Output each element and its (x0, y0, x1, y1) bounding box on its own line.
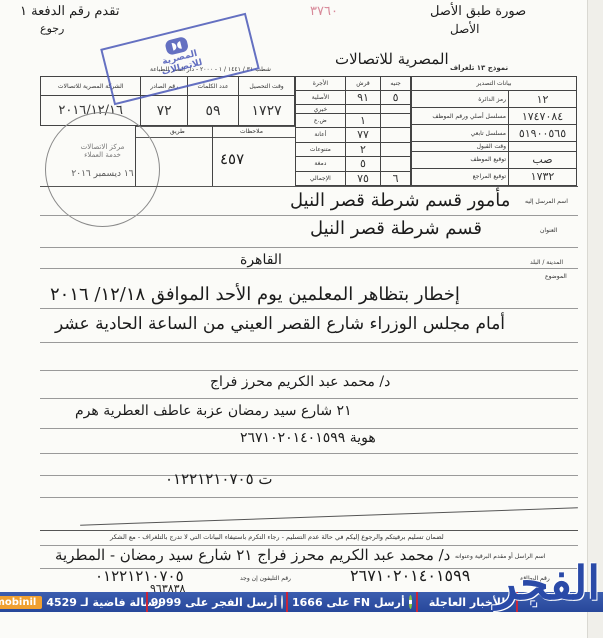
fee-qirsh: ٢ (345, 142, 380, 156)
sender-value: د/ محمد عبد الكريم محرز فراج ٢١ شارع سيد… (55, 546, 450, 564)
ruled-line (40, 398, 578, 399)
col-header-time: وقت التحصيل (239, 77, 295, 96)
fee-qirsh: ١ (345, 113, 380, 127)
fee-qirsh (345, 105, 380, 113)
export-label: توقيع الموظف (412, 151, 509, 168)
divider (212, 126, 213, 186)
phone-label: رقم التليفون إن وجد (240, 575, 291, 582)
banner-text: أرسل الفجر على 9999 (151, 596, 278, 609)
divider (40, 268, 578, 269)
fee-pound (381, 105, 411, 113)
export-table: بيانات التصدير ١٢رمز الدائرة ١٧٤٧٠٨٤مسلس… (411, 76, 577, 186)
fees-header-pound: جنيه (381, 77, 411, 91)
round-stamp-line1: مركز الاتصالات (46, 143, 159, 151)
export-label: رمز الدائرة (412, 91, 509, 108)
fees-header-fee: الأجرة (296, 77, 346, 91)
export-value: ١٧٤٧٠٨٤ (509, 108, 577, 125)
alfagr-logo: الفجر (538, 548, 600, 618)
body-line-7: ت ٠١٢٢١٢١٠٧٠٥ (165, 470, 273, 488)
divider (40, 186, 578, 187)
export-label: توقيع المراجع (412, 168, 509, 185)
top-right-note-2: الأصل (450, 22, 479, 36)
round-stamp-line2: خدمة العملاء (46, 151, 159, 159)
city-value: القاهرة (240, 252, 282, 268)
divider (135, 126, 295, 127)
notes-value: ٤٥٧ (220, 150, 244, 168)
route-label: طريق (170, 128, 185, 135)
recipient-name-label: اسم المرسل إليه (525, 198, 568, 205)
banner-segment-etisalat: أرسل FN على 1666 (286, 592, 416, 612)
divider (40, 247, 578, 248)
banner-text: أرسل FN على 1666 (292, 596, 405, 609)
fee-pound (381, 113, 411, 127)
city-label: المدينة / البلد (530, 259, 563, 266)
body-line-5: ٢١ شارع سيد رمضان عزبة عاطف العطرية هرم (75, 403, 352, 419)
fee-pound: ٥ (381, 91, 411, 105)
outgoing-number-value: ٧٢ (141, 96, 188, 126)
ruled-line (40, 475, 578, 476)
ruled-line (40, 370, 578, 371)
banner-text: رسالة فاضية لـ 4529 (46, 596, 161, 609)
fee-qirsh: ٥ (345, 157, 380, 171)
top-left-note-1: تقدم رقم الدفعة ١ (20, 4, 119, 19)
body-line-4: د/ محمد عبد الكريم محرز فراج (210, 374, 390, 390)
top-right-note-1: صورة طبق الأصل (430, 4, 526, 19)
fees-header-qirsh: قرش (345, 77, 380, 91)
export-label: مسلسل تابعي (412, 125, 509, 142)
fee-label: ض.ع (296, 113, 346, 127)
fee-qirsh: ٩١ (345, 91, 380, 105)
banner-segment-vodafone: أرسل الفجر على 9999 (146, 592, 286, 612)
ruled-line (40, 342, 578, 343)
ruled-line (40, 453, 578, 454)
fee-total-label: الإجمالي (296, 171, 346, 185)
word-count-value: ٥٩ (187, 96, 238, 126)
ruled-line (40, 428, 578, 429)
recipient-name-value: مأمور قسم شرطة قصر النيل (290, 190, 510, 211)
export-value: ١٧٣٢ (509, 168, 577, 185)
fee-label: دمغة (296, 157, 346, 171)
export-label: وقت القبول (412, 142, 509, 152)
form-title: نموذج ١٣ تلغراف (450, 64, 508, 72)
address-label: العنوان (540, 227, 557, 234)
fee-pound (381, 128, 411, 142)
divider (135, 137, 295, 138)
export-header: بيانات التصدير (412, 77, 577, 91)
fee-label: خيري (296, 105, 346, 113)
export-value: ١٢ (509, 91, 577, 108)
pink-code: ٣٧٦٠ (310, 4, 338, 19)
export-value (509, 142, 577, 152)
fee-total-qirsh: ٧٥ (345, 171, 380, 185)
subject-label: الموضوع (545, 273, 567, 280)
export-label: مسلسل أصلي ورقم الموظف (412, 108, 509, 125)
id-value: ٢٦٧١٠٢٠١٤٠١٥٩٩ (350, 566, 470, 585)
company-handwritten: المصرية للاتصالات (335, 50, 449, 68)
round-stamp-date: ١٦ ديسمبر ٢٠١٦ (46, 169, 159, 179)
banner-text: للأخبار العاجلة (429, 596, 506, 609)
fee-label: الأصلية (296, 91, 346, 105)
address-value: قسم شرطة قصر النيل (310, 218, 482, 239)
etisalat-icon (409, 595, 412, 609)
body-line-6: هوية ٢٦٧١٠٢٠١٤٠١٥٩٩ (240, 430, 376, 446)
round-stamp: مركز الاتصالات خدمة العملاء ١٦ ديسمبر ٢٠… (45, 112, 160, 227)
fee-qirsh: ٧٧ (345, 128, 380, 142)
export-value: صب (509, 151, 577, 168)
ruled-line (40, 308, 578, 309)
fee-total-pound: ٦ (381, 171, 411, 185)
divider (40, 215, 578, 216)
collection-time-value: ١٧٢٧ (239, 96, 295, 126)
fee-label: متنوعات (296, 142, 346, 156)
page-edge (588, 0, 603, 638)
fee-pound (381, 142, 411, 156)
banner-segment-mobinil: رسالة فاضية لـ 4529 mobinil (0, 592, 146, 612)
fee-label: أعانة (296, 128, 346, 142)
vodafone-icon (281, 595, 283, 609)
fees-table: جنيه قرش الأجرة ٥٩١الأصلية خيري ١ض.ع ٧٧أ… (295, 76, 411, 186)
top-left-note-2: رجوع (40, 22, 64, 35)
footer-notice: لضمان تسليم برقيتكم والرجوع إليكم في حال… (110, 533, 444, 541)
notes-label: ملاحظات (240, 128, 263, 135)
body-line-1: إخطار بتظاهر المعلمين يوم الأحد الموافق … (50, 284, 460, 305)
divider (40, 530, 578, 531)
export-value: ٥١٩٠٠٥٦٥ (509, 125, 577, 142)
mobinil-badge: mobinil (0, 596, 42, 609)
fee-pound (381, 157, 411, 171)
body-line-2: أمام مجلس الوزراء شارع القصر العيني من ا… (55, 314, 505, 334)
ruled-line (40, 497, 578, 498)
